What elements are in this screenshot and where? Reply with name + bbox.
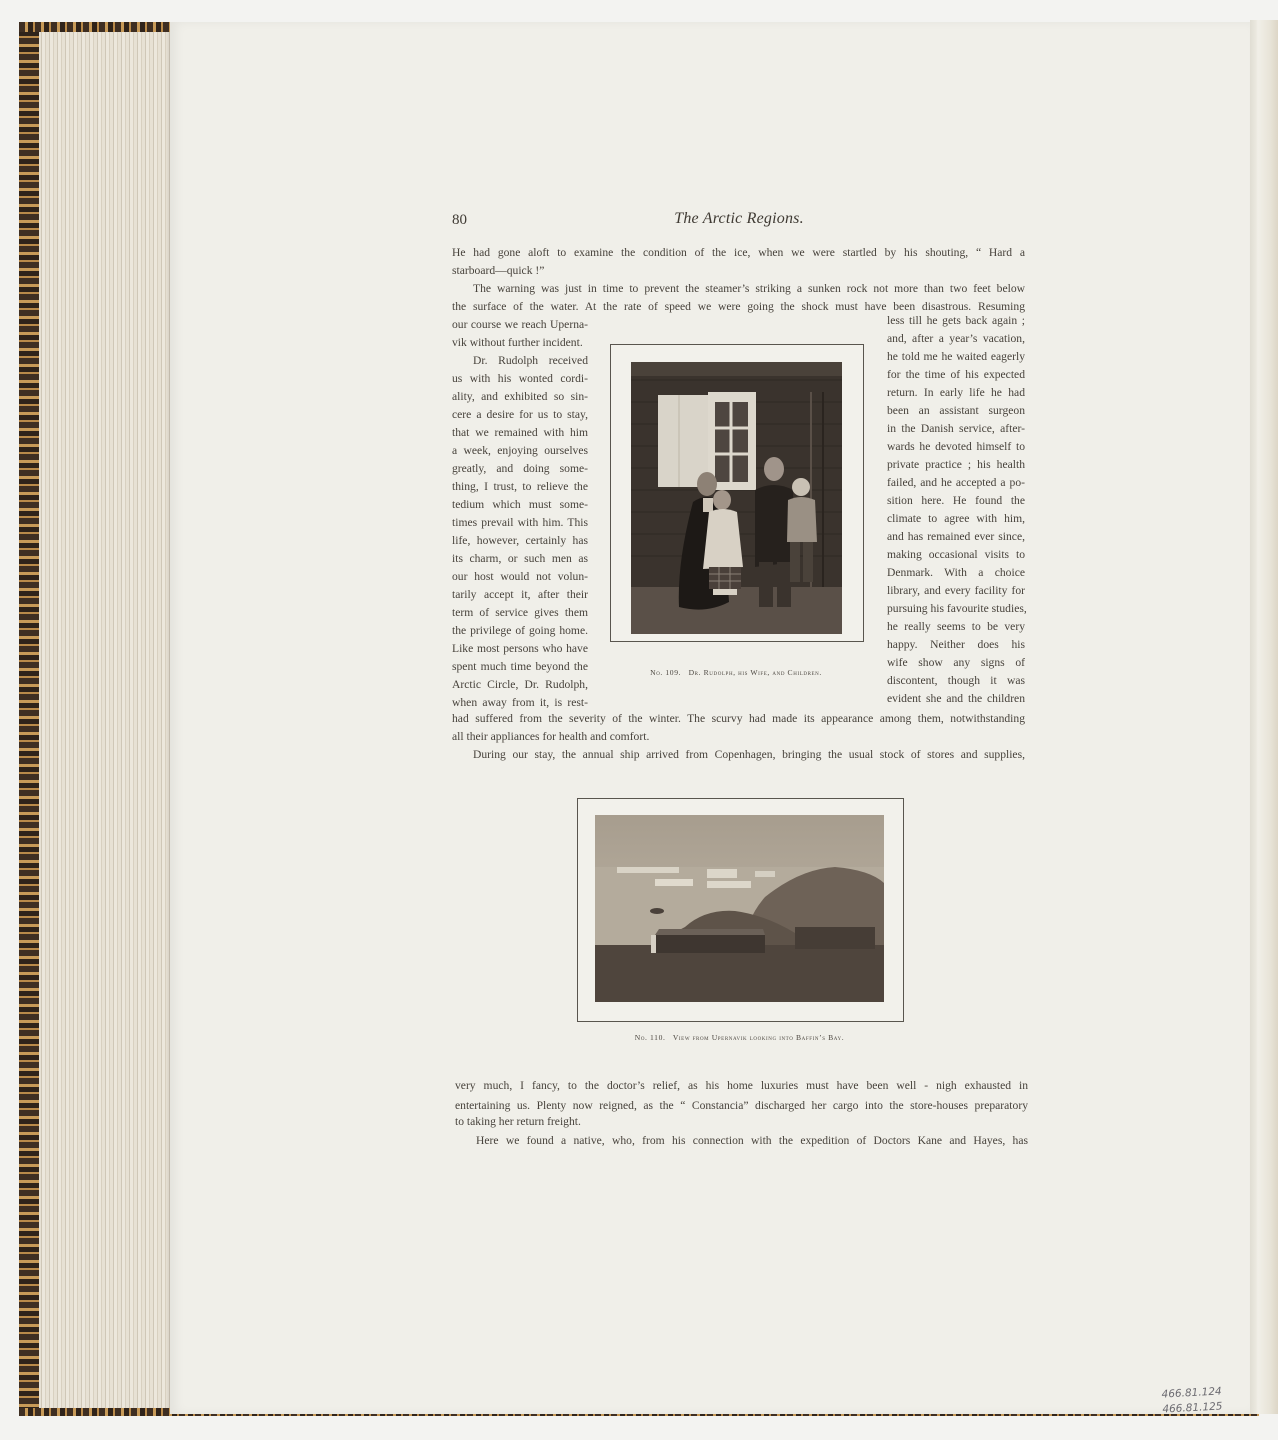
plate-number: No. 109.	[650, 668, 681, 677]
book-cover-top-edge	[19, 22, 184, 32]
right-column-line: evident she and the children	[887, 690, 1025, 708]
right-column-line: in the Danish service, after-	[887, 420, 1025, 438]
accession-number: 466.81.125	[1162, 1399, 1223, 1417]
plate-110-caption: No. 110. View from Upernavik looking int…	[577, 1033, 902, 1042]
right-column-line: discontent, though it was	[887, 672, 1025, 690]
right-column-line: for the time of his expected	[887, 366, 1025, 384]
page-right-edge	[1250, 20, 1278, 1414]
plate-109-caption: No. 109. Dr. Rudolph, his Wife, and Chil…	[610, 668, 862, 677]
right-column-line: making occasional visits to	[887, 546, 1025, 564]
text-line: starboard—quick !”	[452, 262, 1025, 280]
text-line: all their appliances for health and comf…	[452, 728, 1025, 746]
running-title: The Arctic Regions.	[452, 210, 1026, 228]
landscape-photo	[595, 815, 884, 1002]
right-column-line: climate to agree with him,	[887, 510, 1025, 528]
left-column-line: tedium which must some-	[452, 496, 588, 514]
family-portrait-photo	[631, 362, 842, 634]
right-column-line: pursuing his favourite studies,	[887, 600, 1025, 618]
right-column-line: been an assistant surgeon	[887, 402, 1025, 420]
right-column-line: less till he gets back again ;	[887, 312, 1025, 330]
right-column-line: private practice ; his health	[887, 456, 1025, 474]
text-line: He had gone aloft to examine the conditi…	[452, 244, 1025, 262]
plate-number: No. 110.	[635, 1033, 666, 1042]
left-column-line: Like most persons who have	[452, 640, 588, 658]
left-column-line: a week, enjoying ourselves	[452, 442, 588, 460]
left-column-line: life, however, certainly has	[452, 532, 588, 550]
handwritten-accession-numbers: 466.81.124 466.81.125	[1161, 1384, 1223, 1417]
left-column-line: tarily accept it, after their	[452, 586, 588, 604]
page-stack-edges	[38, 30, 170, 1410]
left-column-line: greatly, and doing some-	[452, 460, 588, 478]
right-column-line: he really seems to be very	[887, 618, 1025, 636]
right-column-line: library, and every facility for	[887, 582, 1025, 600]
right-column-line: return. In early life he had	[887, 384, 1025, 402]
plate-caption-text: Dr. Rudolph, his Wife, and Children.	[689, 668, 822, 677]
left-column-line: our course we reach Uperna-	[452, 316, 588, 334]
left-column-line: cere a desire for us to stay,	[452, 406, 588, 424]
right-column-line: and, after a year’s vacation,	[887, 330, 1025, 348]
left-column-line: ality, and exhibited so sin-	[452, 388, 588, 406]
text-line: Here we found a native, who, from his co…	[455, 1132, 1028, 1150]
landscape-image	[595, 815, 884, 1002]
right-column-line: failed, and he accepted a po-	[887, 474, 1025, 492]
left-column-line: spent much time beyond the	[452, 658, 588, 676]
text-line: to taking her return freight.	[455, 1113, 1028, 1131]
running-head: 80 The Arctic Regions.	[452, 210, 1026, 234]
text-line: very much, I fancy, to the doctor’s reli…	[455, 1077, 1028, 1095]
left-column-line: us with his wonted cordi-	[452, 370, 588, 388]
right-column-line: wife show any signs of	[887, 654, 1025, 672]
right-column-line: he told me he waited eagerly	[887, 348, 1025, 366]
text-line: had suffered from the severity of the wi…	[452, 710, 1025, 728]
left-column-line: thing, I trust, to relieve the	[452, 478, 588, 496]
family-portrait-image	[631, 362, 842, 634]
right-column-line: happy. Neither does his	[887, 636, 1025, 654]
right-column-line: sition here. He found the	[887, 492, 1025, 510]
left-column-line: Arctic Circle, Dr. Rudolph,	[452, 676, 588, 694]
left-column-line: its charm, or such men as	[452, 550, 588, 568]
left-column-line: the privilege of going home.	[452, 622, 588, 640]
left-column-line: our host would not volun-	[452, 568, 588, 586]
plate-caption-text: View from Upernavik looking into Baffin’…	[673, 1033, 844, 1042]
book-cover-spine	[19, 22, 39, 1414]
text-line: During our stay, the annual ship arrived…	[452, 746, 1025, 764]
left-column-line: times prevail with him. This	[452, 514, 588, 532]
left-column-line: that we remained with him	[452, 424, 588, 442]
left-column-line: term of service gives them	[452, 604, 588, 622]
text-line: The warning was just in time to prevent …	[452, 280, 1025, 298]
right-column-line: and has remained ever since,	[887, 528, 1025, 546]
left-column-line: Dr. Rudolph received	[452, 352, 588, 370]
left-column-line: vik without further incident.	[452, 334, 588, 352]
right-column-line: wards he devoted himself to	[887, 438, 1025, 456]
right-column-line: Denmark. With a choice	[887, 564, 1025, 582]
